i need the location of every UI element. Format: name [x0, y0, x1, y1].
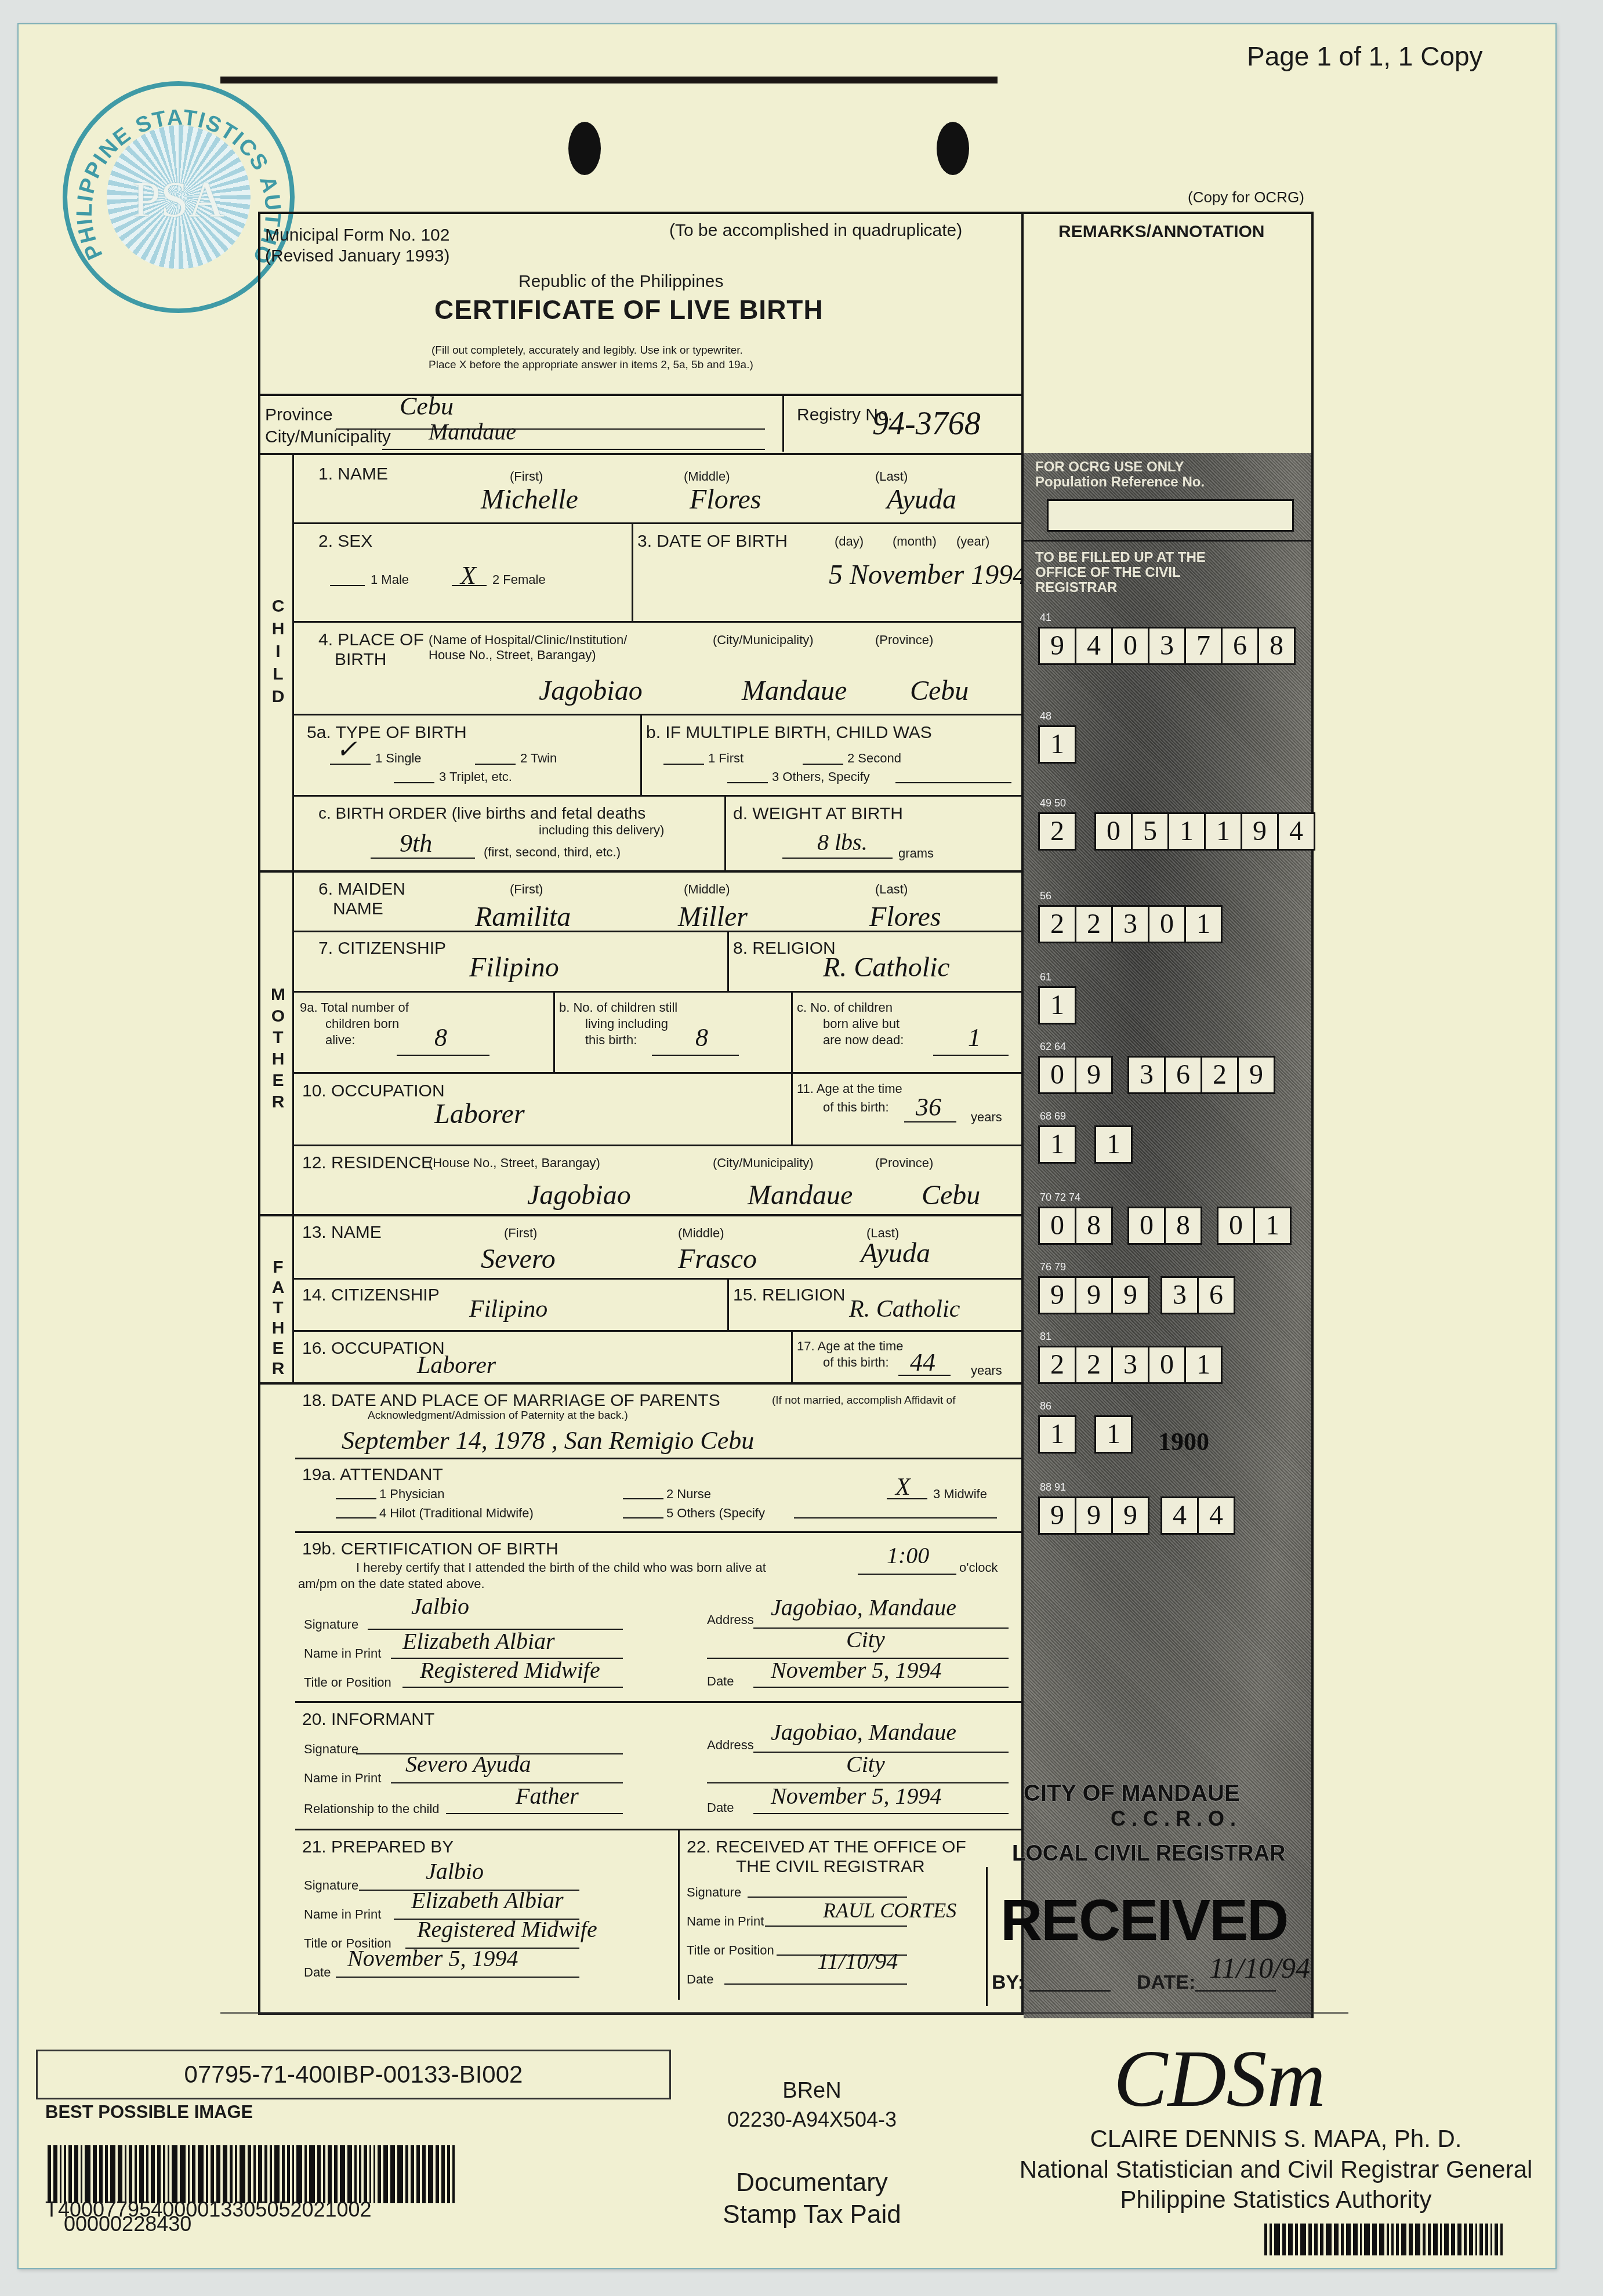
received-stamp: RECEIVED: [1000, 1887, 1288, 1954]
birth-certificate-form: Municipal Form No. 102 (Revised January …: [258, 212, 1024, 2015]
ocrg-code-digit: 4: [1197, 1496, 1235, 1535]
ocrg-use-only-label: FOR OCRG USE ONLY: [1035, 460, 1184, 475]
pob-city-header: (City/Municipality): [713, 633, 814, 648]
signatory-signature: CDSm: [1114, 2032, 1326, 2126]
children-dead-label-2: born alive but: [823, 1016, 900, 1031]
attendant-others-option: 5 Others (Specify: [666, 1506, 765, 1521]
received-title-label: Title or Position: [687, 1943, 774, 1958]
informant-name: Severo Ayuda: [405, 1750, 531, 1778]
children-living-value: 8: [695, 1023, 708, 1052]
bren-label: BReN: [754, 2079, 870, 2104]
ocrg-code-boxes: 1: [1040, 1415, 1076, 1454]
ocrg-code-boxes: 1: [1040, 986, 1076, 1025]
multi-others-option: 3 Others, Specify: [772, 769, 870, 784]
informant-relationship: Father: [516, 1782, 579, 1810]
ocrg-fill-label-3: REGISTRAR: [1035, 580, 1117, 595]
ocrg-code-boxes: 2: [1040, 812, 1076, 851]
sex-male-option: 1 Male: [371, 572, 409, 587]
multiple-birth-label: b. IF MULTIPLE BIRTH, CHILD WAS: [646, 723, 932, 743]
stamp-city: CITY OF MANDAUE: [1024, 1781, 1240, 1807]
informant-signature-label: Signature: [304, 1742, 358, 1757]
ocrg-code-digit: 1: [1184, 1346, 1223, 1384]
stamp-date-label: DATE:: [1137, 1971, 1195, 1994]
residence-city: Mandaue: [748, 1179, 853, 1211]
informant-relationship-label: Relationship to the child: [304, 1801, 440, 1817]
informant-date: November 5, 1994: [771, 1782, 941, 1810]
certificate-title: CERTIFICATE OF LIVE BIRTH: [434, 294, 824, 325]
marriage-note: (If not married, accomplish Affidavit of: [772, 1394, 955, 1407]
informant-address-label: Address: [707, 1738, 754, 1753]
ocrg-code-digit: 0: [1217, 1207, 1255, 1245]
father-age-value: 44: [910, 1347, 935, 1377]
informant-name-label: Name in Print: [304, 1771, 381, 1786]
ocrg-code-digit: 9: [1111, 1496, 1149, 1535]
ocrg-code-boxes: 051194: [1096, 812, 1315, 851]
ocrg-code-digit: 9: [1038, 1496, 1076, 1535]
dob-day-header: (day): [835, 534, 864, 549]
father-name-label: 13. NAME: [302, 1223, 382, 1243]
father-last-name: Ayuda: [861, 1237, 930, 1269]
dob-value: 5 November 1994: [829, 559, 1027, 591]
seal-monogram: PSA: [107, 170, 251, 228]
father-occupation: Laborer: [417, 1352, 496, 1379]
stamp-border: [986, 1867, 988, 2006]
punch-hole: [568, 122, 601, 175]
ocrg-code-boxes: 9403768: [1040, 627, 1296, 665]
ocrg-code-digit: 2: [1038, 812, 1076, 851]
pob-hospital-header-2: House No., Street, Barangay): [429, 648, 596, 663]
ocrg-code-digit: 9: [1075, 1496, 1113, 1535]
ocrg-code-digit: 3: [1111, 905, 1149, 943]
ocrg-fill-label: TO BE FILLED UP AT THE: [1035, 550, 1206, 565]
dob-label: 3. DATE OF BIRTH: [637, 532, 788, 551]
registry-value: 94-3768: [872, 405, 981, 442]
multi-first-option: 1 First: [708, 751, 744, 766]
children-living-label-3: this birth:: [585, 1033, 637, 1048]
received-name: RAUL CORTES: [823, 1898, 956, 1923]
copy-for-label: (Copy for OCRG): [1188, 188, 1304, 206]
ocrg-field-number: 61: [1040, 971, 1051, 983]
ocrg-code-digit: 8: [1164, 1207, 1202, 1245]
mother-citizenship-label: 7. CITIZENSHIP: [318, 939, 446, 958]
ocrg-code-digit: 2: [1075, 905, 1113, 943]
population-ref-label: Population Reference No.: [1035, 475, 1205, 490]
ocrg-code-boxes: 3629: [1129, 1056, 1275, 1094]
barcode-icon: [48, 2145, 457, 2203]
ocrg-code-digit: 8: [1075, 1207, 1113, 1245]
marriage-label: 18. DATE AND PLACE OF MARRIAGE OF PARENT…: [302, 1391, 720, 1411]
attendant-hilot-option: 4 Hilot (Traditional Midwife): [379, 1506, 534, 1521]
maiden-name-label-2: NAME: [333, 899, 383, 919]
stamp-office: C.C.R.O.: [1111, 1807, 1242, 1831]
ocrg-field-number: 88 91: [1040, 1481, 1066, 1494]
instructions-line-1: (Fill out completely, accurately and leg…: [431, 344, 743, 357]
ocrg-code-digit: 2: [1038, 905, 1076, 943]
ocrg-code-digit: 0: [1038, 1207, 1076, 1245]
birth-order-value: 9th: [400, 829, 432, 858]
ocrg-field-number: 70 72 74: [1040, 1191, 1080, 1204]
city-value: Mandaue: [429, 418, 516, 445]
father-first-name: Severo: [481, 1243, 556, 1275]
birth-order-hint: (first, second, third, etc.): [484, 845, 621, 860]
attendant-nurse-option: 2 Nurse: [666, 1487, 711, 1502]
sex-mark: X: [460, 561, 476, 590]
ocrg-code-digit: 2: [1201, 1056, 1239, 1094]
mother-age-value: 36: [916, 1092, 941, 1122]
ocrg-code-digit: 0: [1127, 1207, 1166, 1245]
marriage-note-2: Acknowledgment/Admission of Paternity at…: [368, 1409, 628, 1422]
ocrg-field-number: 86: [1040, 1400, 1051, 1412]
best-possible-image-note: BEST POSSIBLE IMAGE: [45, 2102, 253, 2123]
multi-second-option: 2 Second: [847, 751, 901, 766]
mother-section-label: MOTHER: [267, 985, 285, 1119]
residence-place: Jagobiao: [527, 1179, 631, 1211]
population-reference-field: [1047, 499, 1294, 532]
ocrg-code-digit: 9: [1237, 1056, 1275, 1094]
ocrg-code-boxes: 1: [1040, 1125, 1076, 1164]
ocrg-field-number: 81: [1040, 1331, 1051, 1343]
ocrg-code-digit: 1: [1038, 1415, 1076, 1454]
cert-date-label: Date: [707, 1674, 734, 1689]
ocrg-code-digit: 9: [1111, 1276, 1149, 1314]
ocrg-code-digit: 6: [1164, 1056, 1202, 1094]
ocrg-field-number: 49 50: [1040, 797, 1066, 809]
mother-occupation: Laborer: [434, 1098, 525, 1130]
child-last-name: Ayuda: [887, 484, 956, 515]
cert-address: Jagobiao, Mandaue: [771, 1594, 956, 1621]
signatory-name: CLAIRE DENNIS S. MAPA, Ph. D.: [986, 2125, 1566, 2153]
children-dead-label: c. No. of children: [797, 1000, 893, 1015]
ocrg-fill-label-2: OFFICE OF THE CIVIL: [1035, 565, 1181, 580]
ocrg-code-digit: 1: [1167, 812, 1206, 851]
ocrg-stamped-number: 1900: [1158, 1427, 1209, 1456]
attendant-midwife-option: 3 Midwife: [933, 1487, 987, 1502]
middle-header: (Middle): [684, 469, 730, 484]
ocrg-code-digit: 9: [1075, 1056, 1113, 1094]
mother-last-name: Flores: [869, 901, 941, 933]
ocrg-code-digit: 1: [1038, 1125, 1076, 1164]
child-first-name: Michelle: [481, 484, 578, 515]
page-indicator: Page 1 of 1, 1 Copy: [1247, 41, 1483, 72]
informant-address: Jagobiao, Mandaue: [771, 1719, 956, 1746]
first-header: (First): [504, 1226, 537, 1241]
ocrg-code-digit: 3: [1160, 1276, 1199, 1314]
ocrg-field-number: 62 64: [1040, 1041, 1066, 1053]
signatory-org: Philippine Statistics Authority: [986, 2186, 1566, 2214]
father-citizenship-label: 14. CITIZENSHIP: [302, 1285, 440, 1305]
father-age-unit: years: [971, 1363, 1002, 1378]
punch-hole: [937, 122, 969, 175]
certification-text: I hereby certify that I attended the bir…: [356, 1560, 766, 1575]
father-middle-name: Frasco: [678, 1243, 757, 1275]
dob-year-header: (year): [956, 534, 989, 549]
ocrg-code-digit: 0: [1111, 627, 1149, 665]
prepared-date-label: Date: [304, 1965, 331, 1980]
mother-religion: R. Catholic: [823, 951, 950, 983]
birth-order-label-2: including this delivery): [539, 823, 664, 838]
attendant-physician-option: 1 Physician: [379, 1487, 445, 1502]
children-living-label-2: living including: [585, 1016, 668, 1031]
ocrg-code-digit: 1: [1204, 812, 1242, 851]
dob-month-header: (month): [893, 534, 937, 549]
stamp-registrar: LOCAL CIVIL REGISTRAR: [1012, 1841, 1286, 1866]
weight-unit: grams: [898, 846, 934, 861]
ocrg-code-digit: 3: [1111, 1346, 1149, 1384]
ocrg-code-digit: 3: [1127, 1056, 1166, 1094]
ocrg-code-digit: 6: [1221, 627, 1259, 665]
marriage-value: September 14, 1978 , San Remigio Cebu: [342, 1426, 754, 1455]
city-label: City/Municipality: [265, 427, 391, 447]
children-born-alive-value: 8: [434, 1023, 447, 1052]
ocrg-code-digit: 7: [1184, 627, 1223, 665]
type-of-birth-label: 5a. TYPE OF BIRTH: [307, 723, 467, 743]
mother-religion-label: 8. RELIGION: [733, 939, 836, 958]
prepared-title: Registered Midwife: [417, 1916, 597, 1943]
informant-date-label: Date: [707, 1800, 734, 1815]
certification-label: 19b. CERTIFICATION OF BIRTH: [302, 1539, 558, 1559]
barcode-icon: [1264, 2224, 1505, 2255]
ocrg-code-digit: 1: [1094, 1125, 1133, 1164]
ocrg-code-digit: 5: [1131, 812, 1169, 851]
prepared-signature: Jalbio: [426, 1858, 484, 1885]
ocrg-code-boxes: 1: [1040, 725, 1076, 764]
mother-first-name: Ramilita: [475, 901, 571, 933]
ocrg-code-boxes: 999: [1040, 1496, 1149, 1535]
father-citizenship: Filipino: [469, 1295, 547, 1323]
first-header: (First): [510, 469, 543, 484]
ocrg-code-digit: 1: [1038, 986, 1076, 1025]
received-date-label: Date: [687, 1972, 713, 1987]
ocrg-code-boxes: 22301: [1040, 905, 1223, 943]
signatory-title: National Statistician and Civil Registra…: [986, 2156, 1566, 2184]
pob-place: Jagobiao: [539, 675, 643, 707]
cert-signature-label: Signature: [304, 1617, 358, 1632]
pob-label-2: BIRTH: [335, 650, 386, 670]
received-label: 22. RECEIVED AT THE OFFICE OF: [687, 1837, 966, 1857]
ocrg-code-digit: 3: [1148, 627, 1186, 665]
ocrg-code-digit: 9: [1038, 627, 1076, 665]
received-label-2: THE CIVIL REGISTRAR: [736, 1857, 925, 1877]
top-rule: [220, 77, 998, 83]
ocrg-code-boxes: 1: [1096, 1415, 1133, 1454]
ocrg-code-digit: 4: [1075, 627, 1113, 665]
residence-city-header: (City/Municipality): [713, 1156, 814, 1171]
children-born-alive-label-2: children born: [325, 1016, 399, 1031]
residence-province: Cebu: [922, 1179, 980, 1211]
ocrg-code-digit: 1: [1253, 1207, 1292, 1245]
cert-signature: Jalbio: [411, 1593, 469, 1620]
ocrg-code-digit: 2: [1038, 1346, 1076, 1384]
cert-address-label: Address: [707, 1612, 754, 1627]
received-name-label: Name in Print: [687, 1914, 764, 1929]
sex-female-option: 2 Female: [492, 572, 546, 587]
ocrg-code-boxes: 44: [1162, 1496, 1235, 1535]
ocrg-code-digit: 1: [1184, 905, 1223, 943]
prepared-by-label: 21. PREPARED BY: [302, 1837, 454, 1857]
children-born-alive-label: 9a. Total number of: [300, 1000, 409, 1015]
cert-date: November 5, 1994: [771, 1656, 941, 1684]
form-revised: (Revised January 1993): [265, 246, 450, 266]
informant-address-2: City: [846, 1750, 885, 1778]
bren-number: 02230-A94X504-3: [690, 2108, 934, 2132]
residence-label: 12. RESIDENCE: [302, 1153, 433, 1173]
ocrg-code-digit: 4: [1160, 1496, 1199, 1535]
prepared-name: Elizabeth Albiar: [411, 1887, 564, 1914]
stamp-tax-label: Documentary: [690, 2168, 934, 2197]
father-age-label-2: of this birth:: [823, 1355, 889, 1370]
ocrg-use-panel: FOR OCRG USE ONLY Population Reference N…: [1024, 453, 1314, 2018]
stamp-by-label: BY:: [992, 1971, 1024, 1994]
ocrg-code-boxes: 09: [1040, 1056, 1113, 1094]
type-of-birth-mark: ✓: [336, 735, 357, 764]
ocrg-code-digit: 4: [1277, 812, 1315, 851]
form-number: Municipal Form No. 102: [265, 226, 449, 245]
certification-oclock: o'clock: [959, 1560, 998, 1575]
ocrg-code-digit: 1: [1094, 1415, 1133, 1454]
mother-middle-name: Miller: [678, 901, 748, 933]
ocrg-field-number: 68 69: [1040, 1110, 1066, 1122]
mother-age-label-2: of this birth:: [823, 1100, 889, 1115]
first-header: (First): [510, 882, 543, 897]
received-signature-label: Signature: [687, 1885, 741, 1900]
pob-province-header: (Province): [875, 633, 933, 648]
children-living-label: b. No. of children still: [559, 1000, 677, 1015]
attendant-label: 19a. ATTENDANT: [302, 1465, 443, 1485]
cert-title: Registered Midwife: [420, 1656, 600, 1684]
ocrg-code-digit: 2: [1075, 1346, 1113, 1384]
barcode-number-2: 00000228430: [64, 2212, 191, 2236]
birth-order-label: c. BIRTH ORDER (live births and fetal de…: [318, 804, 645, 823]
last-header: (Last): [875, 469, 908, 484]
child-section-label: CHILD: [267, 597, 285, 715]
ocrg-code-digit: 9: [1075, 1276, 1113, 1314]
prepared-date: November 5, 1994: [347, 1945, 518, 1972]
informant-label: 20. INFORMANT: [302, 1710, 434, 1730]
weight-value: 8 lbs.: [817, 829, 868, 856]
ocrg-code-digit: 0: [1148, 1346, 1186, 1384]
received-date: 11/10/94: [817, 1948, 898, 1975]
sex-label: 2. SEX: [318, 532, 372, 551]
ocrg-code-boxes: 999: [1040, 1276, 1149, 1314]
ocrg-code-digit: 1: [1038, 725, 1076, 764]
ocrg-code-digit: 9: [1241, 812, 1279, 851]
ocrg-code-digit: 0: [1038, 1056, 1076, 1094]
ocrg-field-number: 48: [1040, 710, 1051, 722]
quadruplicate-note: (To be accomplished in quadruplicate): [669, 221, 962, 241]
cert-address-2: City: [846, 1626, 885, 1653]
weight-label: d. WEIGHT AT BIRTH: [733, 804, 903, 824]
prepared-signature-label: Signature: [304, 1878, 358, 1893]
remarks-annotation-box: REMARKS/ANNOTATION: [1024, 212, 1314, 455]
cert-name: Elizabeth Albiar: [402, 1627, 555, 1655]
children-dead-value: 1: [968, 1023, 981, 1052]
certification-text-2: am/pm on the date stated above.: [298, 1576, 485, 1592]
father-section-label: FATHER: [267, 1258, 285, 1385]
maiden-name-label: 6. MAIDEN: [318, 880, 405, 899]
pob-city: Mandaue: [742, 675, 847, 707]
ocrg-field-number: 76 79: [1040, 1261, 1066, 1273]
ocrg-code-boxes: 36: [1162, 1276, 1235, 1314]
ocrg-code-boxes: 01: [1218, 1207, 1292, 1245]
ocrg-code-digit: 8: [1257, 627, 1296, 665]
last-header: (Last): [875, 882, 908, 897]
ocrg-code-digit: 6: [1197, 1276, 1235, 1314]
stamp-tax-label-2: Stamp Tax Paid: [690, 2200, 934, 2229]
mother-age-label: 11. Age at the time: [797, 1081, 902, 1096]
child-name-label: 1. NAME: [318, 464, 388, 484]
child-middle-name: Flores: [690, 484, 761, 515]
father-religion: R. Catholic: [849, 1295, 960, 1323]
ocrg-code-boxes: 1: [1096, 1125, 1133, 1164]
type-triplet-option: 3 Triplet, etc.: [439, 769, 512, 784]
ocrg-code-digit: 0: [1148, 905, 1186, 943]
cert-title-label: Title or Position: [304, 1675, 391, 1690]
republic-label: Republic of the Philippines: [518, 272, 724, 292]
middle-header: (Middle): [684, 882, 730, 897]
father-religion-label: 15. RELIGION: [733, 1285, 845, 1305]
prepared-name-label: Name in Print: [304, 1907, 381, 1922]
ocrg-code-digit: 0: [1094, 812, 1133, 851]
pob-label: 4. PLACE OF: [318, 630, 424, 650]
attendant-mark: X: [895, 1473, 911, 1501]
form-bottom-edge: [220, 2012, 1348, 2014]
residence-street-header: (House No., Street, Barangay): [429, 1156, 600, 1171]
ocrg-field-number: 56: [1040, 890, 1051, 902]
middle-header: (Middle): [678, 1226, 724, 1241]
cert-name-label: Name in Print: [304, 1646, 381, 1661]
ocrg-code-boxes: 08: [1040, 1207, 1113, 1245]
ocrg-code-boxes: 22301: [1040, 1346, 1223, 1384]
children-born-alive-label-3: alive:: [325, 1033, 355, 1048]
mother-citizenship: Filipino: [469, 951, 559, 983]
pob-province: Cebu: [910, 675, 969, 707]
ocrg-code-digit: 9: [1038, 1276, 1076, 1314]
children-dead-label-3: are now dead:: [823, 1033, 904, 1048]
province-value: Cebu: [400, 391, 454, 421]
type-twin-option: 2 Twin: [520, 751, 557, 766]
instructions-line-2: Place X before the appropriate answer in…: [429, 359, 753, 372]
birth-time-value: 1:00: [887, 1542, 929, 1569]
pob-hospital-header: (Name of Hospital/Clinic/Institution/: [429, 633, 627, 648]
residence-province-header: (Province): [875, 1156, 933, 1171]
mother-age-unit: years: [971, 1110, 1002, 1125]
control-number-box: 07795-71-400IBP-00133-BI002: [36, 2050, 671, 2099]
remarks-title: REMARKS/ANNOTATION: [1058, 222, 1265, 242]
mother-occupation-label: 10. OCCUPATION: [302, 1081, 445, 1101]
father-age-label: 17. Age at the time: [797, 1339, 903, 1354]
ocrg-code-boxes: 08: [1129, 1207, 1202, 1245]
ocrg-field-number: 41: [1040, 612, 1051, 624]
stamp-date: 11/10/94: [1209, 1951, 1310, 1985]
type-single-option: 1 Single: [375, 751, 422, 766]
province-label: Province: [265, 405, 333, 425]
